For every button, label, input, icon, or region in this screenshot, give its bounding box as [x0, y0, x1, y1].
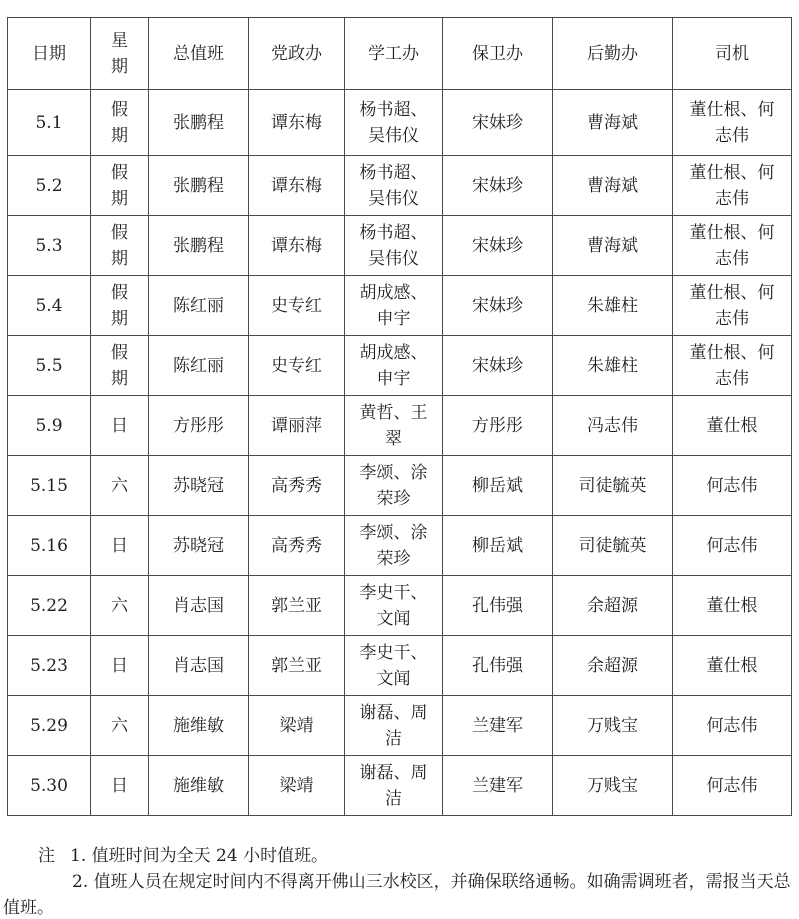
- cell-student-affairs-office: 胡成感、申宇: [345, 276, 443, 336]
- cell-logistics-office: 司徒毓英: [553, 456, 673, 516]
- cell-general-duty: 苏晓冠: [149, 456, 249, 516]
- cell-party-gov-office: 梁靖: [249, 756, 345, 816]
- table-row: 5.2假期张鹏程谭东梅杨书超、吴伟仪宋妹珍曹海斌董仕根、何志伟: [8, 156, 792, 216]
- cell-driver: 何志伟: [673, 516, 792, 576]
- cell-driver: 董仕根: [673, 576, 792, 636]
- cell-weekday: 六: [91, 576, 149, 636]
- header-row: 日期 星期 总值班 党政办 学工办 保卫办 后勤办 司机: [8, 18, 792, 90]
- cell-date: 5.22: [8, 576, 91, 636]
- cell-student-affairs-office: 谢磊、周洁: [345, 756, 443, 816]
- duty-roster-page: { "table": { "headers": ["日期", "星期", "总值…: [0, 0, 799, 919]
- note-2-text-wrap: 值班。: [3, 895, 799, 919]
- cell-security-office: 宋妹珍: [443, 90, 553, 156]
- cell-weekday: 日: [91, 756, 149, 816]
- notes-section: 注1. 值班时间为全天 24 小时值班。 2. 值班人员在规定时间内不得离开佛山…: [0, 843, 799, 919]
- cell-logistics-office: 万贱宝: [553, 756, 673, 816]
- cell-weekday: 日: [91, 636, 149, 696]
- cell-weekday: 假期: [91, 336, 149, 396]
- cell-general-duty: 施维敏: [149, 756, 249, 816]
- table-row: 5.15六苏晓冠高秀秀李颂、涂荣珍柳岳斌司徒毓英何志伟: [8, 456, 792, 516]
- cell-security-office: 兰建军: [443, 756, 553, 816]
- cell-general-duty: 方彤彤: [149, 396, 249, 456]
- cell-student-affairs-office: 杨书超、吴伟仪: [345, 156, 443, 216]
- note-line-1: 注1. 值班时间为全天 24 小时值班。: [38, 843, 799, 869]
- cell-security-office: 柳岳斌: [443, 516, 553, 576]
- cell-date: 5.30: [8, 756, 91, 816]
- cell-logistics-office: 冯志伟: [553, 396, 673, 456]
- cell-party-gov-office: 郭兰亚: [249, 636, 345, 696]
- cell-date: 5.4: [8, 276, 91, 336]
- table-row: 5.23日肖志国郭兰亚李史干、文闻孔伟强余超源董仕根: [8, 636, 792, 696]
- col-header-security-office: 保卫办: [443, 18, 553, 90]
- cell-student-affairs-office: 李颂、涂荣珍: [345, 516, 443, 576]
- cell-party-gov-office: 高秀秀: [249, 456, 345, 516]
- cell-student-affairs-office: 黄哲、王翠: [345, 396, 443, 456]
- cell-driver: 董仕根: [673, 396, 792, 456]
- table-row: 5.30日施维敏梁靖谢磊、周洁兰建军万贱宝何志伟: [8, 756, 792, 816]
- table-row: 5.16日苏晓冠高秀秀李颂、涂荣珍柳岳斌司徒毓英何志伟: [8, 516, 792, 576]
- cell-student-affairs-office: 杨书超、吴伟仪: [345, 216, 443, 276]
- col-header-party-gov-office: 党政办: [249, 18, 345, 90]
- note-1-text: 1. 值班时间为全天 24 小时值班。: [70, 846, 328, 866]
- cell-party-gov-office: 谭东梅: [249, 156, 345, 216]
- cell-date: 5.15: [8, 456, 91, 516]
- cell-driver: 何志伟: [673, 456, 792, 516]
- cell-date: 5.1: [8, 90, 91, 156]
- cell-driver: 何志伟: [673, 756, 792, 816]
- cell-weekday: 日: [91, 516, 149, 576]
- cell-security-office: 孔伟强: [443, 636, 553, 696]
- col-header-weekday: 星期: [91, 18, 149, 90]
- table-row: 5.1假期张鹏程谭东梅杨书超、吴伟仪宋妹珍曹海斌董仕根、何志伟: [8, 90, 792, 156]
- table-row: 5.4假期陈红丽史专红胡成感、申宇宋妹珍朱雄柱董仕根、何志伟: [8, 276, 792, 336]
- cell-security-office: 柳岳斌: [443, 456, 553, 516]
- col-header-student-affairs-office: 学工办: [345, 18, 443, 90]
- cell-party-gov-office: 谭东梅: [249, 90, 345, 156]
- cell-security-office: 兰建军: [443, 696, 553, 756]
- cell-party-gov-office: 谭丽萍: [249, 396, 345, 456]
- cell-security-office: 宋妹珍: [443, 216, 553, 276]
- cell-weekday: 假期: [91, 276, 149, 336]
- cell-security-office: 宋妹珍: [443, 336, 553, 396]
- cell-date: 5.23: [8, 636, 91, 696]
- cell-logistics-office: 司徒毓英: [553, 516, 673, 576]
- cell-student-affairs-office: 李颂、涂荣珍: [345, 456, 443, 516]
- cell-date: 5.29: [8, 696, 91, 756]
- cell-logistics-office: 曹海斌: [553, 216, 673, 276]
- roster-table-body: 5.1假期张鹏程谭东梅杨书超、吴伟仪宋妹珍曹海斌董仕根、何志伟5.2假期张鹏程谭…: [8, 90, 792, 816]
- note-label: 注: [38, 846, 55, 866]
- table-row: 5.22六肖志国郭兰亚李史干、文闻孔伟强余超源董仕根: [8, 576, 792, 636]
- cell-date: 5.9: [8, 396, 91, 456]
- col-header-driver: 司机: [673, 18, 792, 90]
- cell-logistics-office: 曹海斌: [553, 90, 673, 156]
- cell-security-office: 孔伟强: [443, 576, 553, 636]
- cell-weekday: 假期: [91, 156, 149, 216]
- note-2-text: 2. 值班人员在规定时间内不得离开佛山三水校区，并确保联络通畅。如确需调班者，需…: [72, 869, 799, 895]
- cell-general-duty: 陈红丽: [149, 336, 249, 396]
- cell-security-office: 宋妹珍: [443, 156, 553, 216]
- cell-logistics-office: 万贱宝: [553, 696, 673, 756]
- table-row: 5.29六施维敏梁靖谢磊、周洁兰建军万贱宝何志伟: [8, 696, 792, 756]
- cell-general-duty: 张鹏程: [149, 90, 249, 156]
- col-header-date: 日期: [8, 18, 91, 90]
- cell-driver: 何志伟: [673, 696, 792, 756]
- cell-student-affairs-office: 胡成感、申宇: [345, 336, 443, 396]
- cell-party-gov-office: 史专红: [249, 336, 345, 396]
- table-row: 5.5假期陈红丽史专红胡成感、申宇宋妹珍朱雄柱董仕根、何志伟: [8, 336, 792, 396]
- cell-security-office: 宋妹珍: [443, 276, 553, 336]
- cell-logistics-office: 余超源: [553, 576, 673, 636]
- cell-weekday: 六: [91, 696, 149, 756]
- cell-general-duty: 陈红丽: [149, 276, 249, 336]
- cell-general-duty: 苏晓冠: [149, 516, 249, 576]
- cell-driver: 董仕根、何志伟: [673, 336, 792, 396]
- cell-date: 5.2: [8, 156, 91, 216]
- cell-date: 5.16: [8, 516, 91, 576]
- cell-party-gov-office: 郭兰亚: [249, 576, 345, 636]
- cell-logistics-office: 曹海斌: [553, 156, 673, 216]
- table-row: 5.9日方彤彤谭丽萍黄哲、王翠方彤彤冯志伟董仕根: [8, 396, 792, 456]
- cell-date: 5.3: [8, 216, 91, 276]
- cell-driver: 董仕根: [673, 636, 792, 696]
- cell-student-affairs-office: 谢磊、周洁: [345, 696, 443, 756]
- cell-student-affairs-office: 李史干、文闻: [345, 636, 443, 696]
- cell-weekday: 假期: [91, 90, 149, 156]
- col-header-general-duty: 总值班: [149, 18, 249, 90]
- cell-driver: 董仕根、何志伟: [673, 216, 792, 276]
- col-header-logistics-office: 后勤办: [553, 18, 673, 90]
- table-row: 5.3假期张鹏程谭东梅杨书超、吴伟仪宋妹珍曹海斌董仕根、何志伟: [8, 216, 792, 276]
- cell-party-gov-office: 史专红: [249, 276, 345, 336]
- cell-general-duty: 肖志国: [149, 576, 249, 636]
- cell-student-affairs-office: 李史干、文闻: [345, 576, 443, 636]
- duty-roster-table: 日期 星期 总值班 党政办 学工办 保卫办 后勤办 司机 5.1假期张鹏程谭东梅…: [7, 17, 792, 816]
- cell-driver: 董仕根、何志伟: [673, 156, 792, 216]
- cell-party-gov-office: 梁靖: [249, 696, 345, 756]
- cell-logistics-office: 朱雄柱: [553, 336, 673, 396]
- cell-date: 5.5: [8, 336, 91, 396]
- cell-security-office: 方彤彤: [443, 396, 553, 456]
- cell-driver: 董仕根、何志伟: [673, 90, 792, 156]
- cell-logistics-office: 朱雄柱: [553, 276, 673, 336]
- cell-weekday: 日: [91, 396, 149, 456]
- cell-weekday: 六: [91, 456, 149, 516]
- cell-general-duty: 张鹏程: [149, 216, 249, 276]
- cell-driver: 董仕根、何志伟: [673, 276, 792, 336]
- cell-student-affairs-office: 杨书超、吴伟仪: [345, 90, 443, 156]
- cell-general-duty: 施维敏: [149, 696, 249, 756]
- cell-general-duty: 肖志国: [149, 636, 249, 696]
- cell-logistics-office: 余超源: [553, 636, 673, 696]
- cell-party-gov-office: 高秀秀: [249, 516, 345, 576]
- cell-party-gov-office: 谭东梅: [249, 216, 345, 276]
- cell-general-duty: 张鹏程: [149, 156, 249, 216]
- cell-weekday: 假期: [91, 216, 149, 276]
